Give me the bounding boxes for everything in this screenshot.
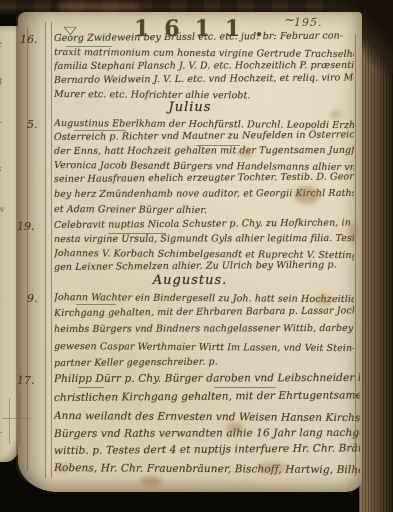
entry-day-number: 19. [17, 220, 43, 233]
entry-day-number: 16. [20, 33, 46, 46]
pencil-mark [19, 394, 20, 446]
page-number: 195. [294, 16, 323, 29]
stain [226, 422, 244, 434]
stain [56, 464, 68, 472]
facing-page-text-fragment: t [0, 300, 15, 311]
book-block-edge [359, 4, 393, 512]
stain [316, 294, 332, 306]
entry-line: familia Stephani Plansch J. V. D. etc. H… [54, 60, 354, 72]
stain [348, 222, 358, 244]
stain [330, 110, 342, 119]
month-heading-julius: Julius [60, 100, 320, 115]
entry-line: traxit matrimonium cum honesta virgine G… [54, 47, 354, 60]
margin-rule-line [51, 22, 52, 478]
facing-page-text-fragment: 4 [0, 78, 15, 89]
entry-day-number: 5. [27, 118, 53, 131]
right-rule-line [355, 34, 356, 476]
entry-line: nesta virgine Ursula, Sigmundt Gyls alhi… [54, 233, 354, 245]
entry-line: heimbs Bürgers vnd Bindners nachgelassen… [54, 323, 354, 335]
entry-line: Robens, Hr. Chr. Frauenbräuner, Bischoff… [54, 463, 360, 476]
facing-page-text-fragment: r [0, 430, 15, 441]
ink-underline [108, 233, 166, 234]
stain [258, 462, 288, 474]
entry-line: et Adam Greiner Bürger alhier. [54, 204, 354, 217]
facing-page-text-fragment: z [0, 40, 15, 51]
ink-underline [78, 387, 104, 388]
entry-day-number: 9. [27, 292, 53, 305]
facing-page-text-fragment: w [0, 205, 15, 216]
facing-page-text-fragment: r [0, 120, 15, 131]
ink-underline [66, 46, 112, 47]
gutter-crease-line [27, 28, 28, 470]
ink-underline [196, 145, 240, 146]
pencil-mark [9, 398, 10, 444]
entry-line: Philipp Dürr p. Chy. Bürger daroben vnd … [54, 373, 360, 385]
wood-highlight [58, 2, 138, 11]
pencil-mark [2, 418, 30, 419]
stain [140, 476, 162, 486]
ink-underline [214, 387, 276, 388]
ink-underline [76, 304, 116, 305]
stain [294, 186, 320, 204]
entry-line: der Enns, hatt Hochzeit gehalten mit der… [54, 145, 354, 157]
stain [238, 148, 252, 158]
entry-line: Bürgers vnd Raths verwandten alhie 16 Ja… [54, 428, 360, 440]
ink-underline [74, 130, 126, 131]
entry-line: Anna weilandt des Ernvesten vnd Weisen H… [54, 411, 360, 424]
entry-line: gewesen Caspar Werthmaier Wirtt Im Lasse… [54, 341, 354, 354]
manuscript-scan: z 4 r s w t r 1611. ~ 195. ▽ 16. Georg Z… [0, 0, 393, 512]
margin-rule-line [45, 22, 46, 478]
month-heading-augustus: Augustus. [60, 273, 320, 288]
facing-page-text-fragment: s [0, 165, 15, 176]
entry-day-number: 17. [17, 374, 43, 387]
